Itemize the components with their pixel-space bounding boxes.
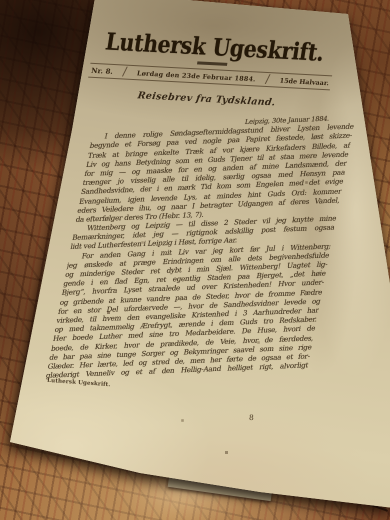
publication-title: Luthersk Ugeskrift. — [95, 27, 334, 67]
volume-label: 15de Halvaar. — [279, 75, 330, 88]
row-divider — [265, 74, 271, 84]
printers-signature: Luthersk Ugeskrift. — [47, 378, 111, 388]
paper-specks — [0, 0, 1, 1]
photo-scene: Luthersk Ugeskrift. Nr. 8. Lørdag den 23… — [0, 0, 390, 520]
issue-date: Lørdag den 23de Februar 1884. — [136, 67, 256, 83]
paper-page: Luthersk Ugeskrift. Nr. 8. Lørdag den 23… — [0, 0, 390, 520]
title-ornament-bar — [197, 61, 227, 65]
masthead: Luthersk Ugeskrift. Nr. 8. Lørdag den 23… — [85, 28, 338, 111]
page-number: 8 — [249, 413, 254, 422]
article-heading: Reisebrev fra Tydskland. — [85, 87, 328, 111]
issue-number: Nr. 8. — [91, 65, 114, 76]
row-divider — [122, 67, 128, 77]
body-lines: I denne rolige Søndagseftermiddagsstund … — [45, 123, 354, 381]
paper-shadow: Luthersk Ugeskrift. Nr. 8. Lørdag den 23… — [0, 0, 390, 520]
article-body: Leipzig, 30te Januar 1884. I denne rolig… — [45, 114, 356, 381]
date-row: Nr. 8. Lørdag den 23de Februar 1884. 15d… — [88, 62, 332, 90]
